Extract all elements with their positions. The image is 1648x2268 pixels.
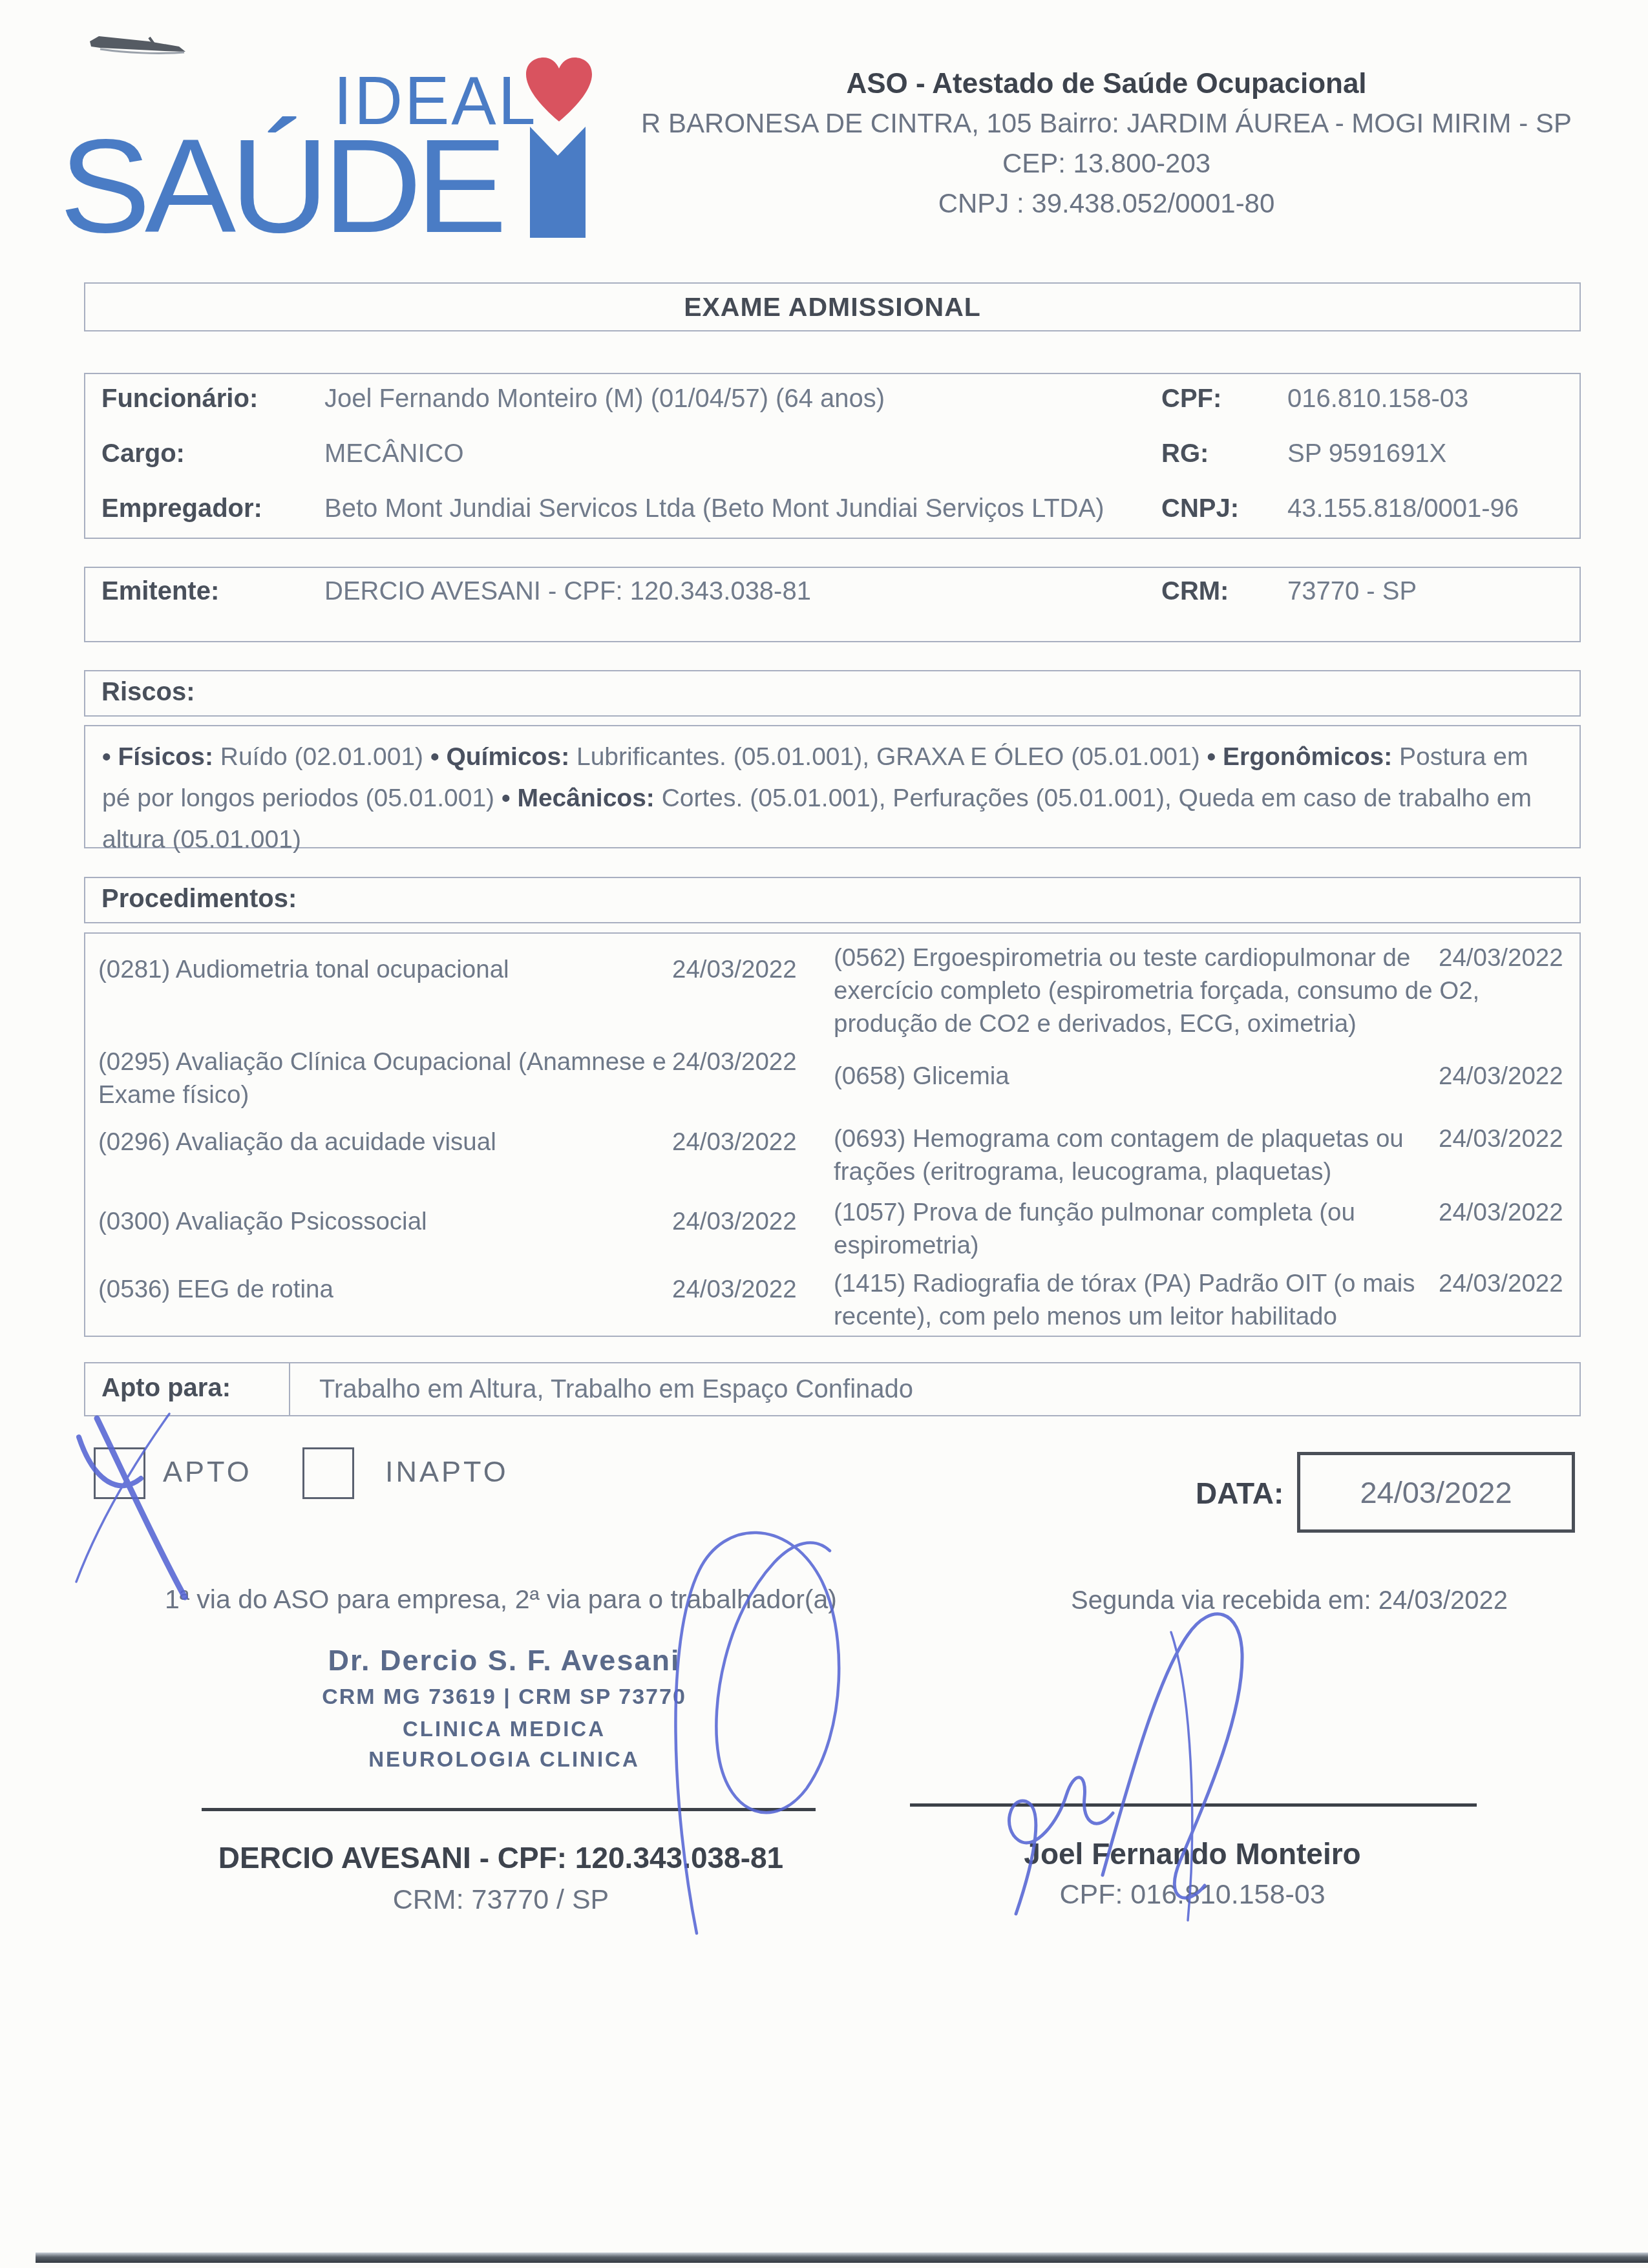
procedures-right-column: 24/03/2022 (0562) Ergoespirometria ou te…: [834, 941, 1579, 1333]
heart-shape: [526, 58, 592, 121]
worker-signature-line: [910, 1803, 1477, 1807]
risks-header-box: Riscos:: [84, 670, 1581, 717]
worker-cpf: CPF: 016.810.158-03: [905, 1879, 1480, 1911]
section-title: Riscos:: [101, 678, 195, 707]
inapto-checkbox: [302, 1447, 354, 1499]
issuer-row: Emitente: DERCIO AVESANI - CPF: 120.343.…: [85, 577, 1579, 632]
apto-checkmark: [97, 1418, 185, 1597]
procedure-name: (0296) Avaliação da acuidade visual: [98, 1126, 672, 1159]
clinic-address: R BARONESA DE CINTRA, 105 Bairro: JARDIM…: [630, 103, 1583, 143]
second-copy-note: Segunda via recebida em: 24/03/2022: [1008, 1586, 1570, 1615]
procedure-name: (1415) Radiografia de tórax (PA) Padrão …: [834, 1270, 1415, 1330]
stamp-specialty: CLINICA MEDICA: [278, 1714, 730, 1745]
procedure-item: 24/03/2022 (0693) Hemograma com contagem…: [834, 1122, 1579, 1188]
risks-content-box: • Físicos: Ruído (02.01.001) • Químicos:…: [84, 725, 1581, 848]
fit-for-box: Apto para: Trabalho em Altura, Trabalho …: [84, 1362, 1581, 1416]
procedure-item: (0295) Avaliação Clínica Ocupacional (An…: [98, 1045, 900, 1111]
ribbon-icon: [530, 127, 586, 238]
field-label: RG:: [1161, 439, 1209, 468]
field-value: 016.810.158-03: [1287, 384, 1468, 414]
employee-row: Cargo: MECÂNICO RG: SP 9591691X: [85, 439, 1579, 494]
procedures-content-box: (0281) Audiometria tonal ocupacional 24/…: [84, 932, 1581, 1337]
field-label: Funcionário:: [101, 384, 258, 414]
field-label: CRM:: [1161, 577, 1229, 606]
worker-signature: [1171, 1632, 1192, 1920]
heart-icon: [525, 57, 593, 123]
stamp-doctor-name: Dr. Dercio S. F. Avesani: [278, 1641, 730, 1680]
stamp-specialty: NEUROLOGIA CLINICA: [278, 1745, 730, 1774]
procedure-name: (1057) Prova de função pulmonar completa…: [834, 1199, 1355, 1259]
procedure-date: 24/03/2022: [1439, 1060, 1579, 1093]
clinic-cnpj: CNPJ : 39.438.052/0001-80: [630, 184, 1583, 224]
logo-text-saude: SAÚDE: [59, 109, 502, 262]
field-value: SP 9591691X: [1287, 439, 1446, 468]
section-title: Procedimentos:: [101, 885, 297, 914]
field-value: 43.155.818/0001-96: [1287, 494, 1519, 523]
procedure-name: (0300) Avaliação Psicossocial: [98, 1205, 672, 1238]
procedure-name: (0281) Audiometria tonal ocupacional: [98, 953, 672, 986]
procedure-item: 24/03/2022 (0658) Glicemia: [834, 1060, 1579, 1093]
procedure-item: (0536) EEG de rotina 24/03/2022: [98, 1273, 900, 1306]
worker-name: Joel Fernando Monteiro: [905, 1836, 1480, 1871]
procedure-item: (0296) Avaliação da acuidade visual 24/0…: [98, 1126, 900, 1159]
employee-row: Empregador: Beto Mont Jundiai Servicos L…: [85, 494, 1579, 549]
issuer-info-box: Emitente: DERCIO AVESANI - CPF: 120.343.…: [84, 567, 1581, 642]
procedures-left-column: (0281) Audiometria tonal ocupacional 24/…: [98, 953, 900, 1306]
procedure-name: (0658) Glicemia: [834, 1062, 1009, 1090]
field-value: Beto Mont Jundiai Servicos Ltda (Beto Mo…: [324, 494, 1104, 523]
date-label: DATA:: [1196, 1476, 1284, 1511]
doctor-crm: CRM: 73770 / SP: [97, 1884, 905, 1916]
doctor-name: DERCIO AVESANI - CPF: 120.343.038-81: [97, 1840, 905, 1875]
field-label: Cargo:: [101, 439, 185, 468]
staple-mark-icon: [87, 32, 204, 61]
field-value: 73770 - SP: [1287, 577, 1417, 606]
doctor-signature-line: [202, 1808, 816, 1811]
scan-edge-artifact: [36, 2252, 1648, 2263]
procedure-name: (0562) Ergoespirometria ou teste cardiop…: [834, 944, 1479, 1038]
fit-for-value: Trabalho em Altura, Trabalho em Espaço C…: [319, 1375, 913, 1404]
apto-checkbox: [94, 1447, 145, 1499]
risk-detail: Ruído (02.01.001): [213, 743, 430, 771]
inapto-checkbox-label: INAPTO: [385, 1455, 509, 1489]
procedure-item: (0300) Avaliação Psicossocial 24/03/2022: [98, 1205, 900, 1238]
stamp-crm-numbers: CRM MG 73619 | CRM SP 73770: [278, 1680, 730, 1714]
risk-detail: Lubrificantes. (05.01.001), GRAXA E ÓLEO…: [569, 743, 1207, 771]
risk-category: • Ergonômicos:: [1207, 743, 1393, 771]
field-label: Emitente:: [101, 577, 219, 606]
risk-category: • Mecânicos:: [502, 784, 655, 812]
clinic-header: ASO - Atestado de Saúde Ocupacional R BA…: [630, 65, 1583, 224]
field-value: DERCIO AVESANI - CPF: 120.343.038-81: [324, 577, 811, 606]
risks-text: • Físicos: Ruído (02.01.001) • Químicos:…: [102, 737, 1563, 861]
clinic-cep: CEP: 13.800-203: [630, 143, 1583, 184]
cell-divider: [289, 1363, 290, 1415]
procedure-date: 24/03/2022: [1439, 1196, 1579, 1229]
employee-row: Funcionário: Joel Fernando Monteiro (M) …: [85, 384, 1579, 439]
risk-category: • Químicos:: [430, 743, 569, 771]
apto-checkbox-label: APTO: [163, 1455, 252, 1489]
field-value: Joel Fernando Monteiro (M) (01/04/57) (6…: [324, 384, 885, 414]
procedure-date: 24/03/2022: [1439, 1122, 1579, 1155]
document-title: ASO - Atestado de Saúde Ocupacional: [630, 65, 1583, 103]
procedure-name: (0693) Hemograma com contagem de plaquet…: [834, 1125, 1404, 1186]
field-value: MECÂNICO: [324, 439, 464, 468]
doctor-stamp: Dr. Dercio S. F. Avesani CRM MG 73619 | …: [278, 1641, 730, 1774]
fit-for-label: Apto para:: [101, 1374, 231, 1403]
procedure-item: 24/03/2022 (0562) Ergoespirometria ou te…: [834, 941, 1579, 1040]
scanned-aso-document: IDEAL SAÚDE ASO - Atestado de Saúde Ocup…: [0, 0, 1648, 2268]
procedure-date: 24/03/2022: [1439, 1267, 1579, 1300]
exam-type-banner: EXAME ADMISSIONAL: [84, 282, 1581, 331]
procedures-header-box: Procedimentos:: [84, 877, 1581, 923]
procedure-item: 24/03/2022 (1057) Prova de função pulmon…: [834, 1196, 1579, 1262]
field-label: CPF:: [1161, 384, 1221, 414]
procedure-name: (0295) Avaliação Clínica Ocupacional (An…: [98, 1045, 672, 1111]
employee-info-box: Funcionário: Joel Fernando Monteiro (M) …: [84, 373, 1581, 539]
procedure-item: 24/03/2022 (1415) Radiografia de tórax (…: [834, 1267, 1579, 1333]
procedure-name: (0536) EEG de rotina: [98, 1273, 672, 1306]
risk-category: • Físicos:: [102, 743, 213, 771]
field-label: Empregador:: [101, 494, 262, 523]
copies-note: 1ª via do ASO para empresa, 2ª via para …: [97, 1584, 905, 1615]
field-label: CNPJ:: [1161, 494, 1239, 523]
procedure-date: 24/03/2022: [1439, 941, 1579, 974]
procedure-item: (0281) Audiometria tonal ocupacional 24/…: [98, 953, 900, 986]
date-value-box: 24/03/2022: [1297, 1452, 1575, 1533]
